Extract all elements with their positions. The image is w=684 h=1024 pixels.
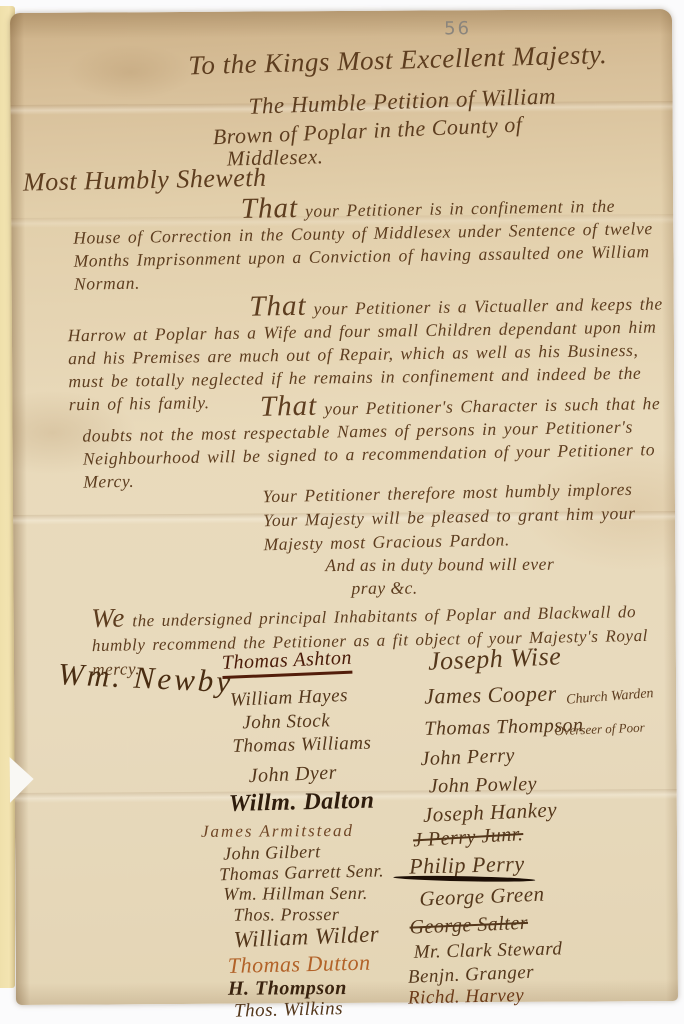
petition-page: 56 To the Kings Most Excellent Majesty. … (10, 9, 678, 1005)
signature: George Green (419, 882, 545, 912)
signature: William Wilder (233, 921, 380, 953)
paragraph-3-text: your Petitioner's Character is such that… (82, 393, 660, 492)
paragraph-2-lead: That (249, 290, 307, 323)
recommendation-lead: We (91, 602, 126, 633)
signature: H. Thompson (228, 977, 347, 1001)
signature: Thomas Dutton (228, 950, 371, 979)
paragraph-1: That your Petitioner is in confinement i… (73, 192, 660, 296)
paragraph-1-lead: That (241, 192, 299, 225)
signature: Thomas Garrett Senr. (219, 860, 384, 885)
page-number: 56 (444, 18, 471, 39)
scanned-document: 56 To the Kings Most Excellent Majesty. … (0, 0, 684, 1024)
paragraph-1-text: your Petitioner is in confinement in the… (73, 196, 653, 294)
signature: Willm. Dalton (229, 788, 375, 818)
closing-line-2: pray &c. (351, 578, 417, 599)
signature: William Hayes (230, 685, 349, 712)
closing-line-1: And as in duty bound will ever (325, 554, 554, 576)
signature: Thomas Ashton (221, 647, 352, 679)
signature: Thos. Prosser (233, 904, 339, 926)
salutation: Most Humbly Sheweth (23, 163, 267, 198)
signature: John Stock (242, 710, 330, 734)
signature: John Gilbert (223, 841, 321, 864)
signature: Mr. Clark Steward (413, 938, 562, 963)
signature: Wm. Hillman Senr. (223, 883, 368, 905)
signature-note: Church Warden (566, 686, 654, 709)
signature: Richd. Harvey (408, 985, 525, 1010)
signature: John Dyer (248, 762, 337, 789)
signature: Thomas Williams (232, 733, 371, 758)
signature: John Powley (428, 773, 537, 799)
signature: Joseph Wise (427, 641, 561, 676)
signature: George Salter (409, 912, 528, 940)
signature: John Perry (420, 744, 515, 771)
signature: Thos. Wilkins (234, 998, 343, 1023)
signature: James Cooper (424, 681, 557, 710)
signature-note: Overseer of Poor (554, 720, 645, 740)
paragraph-3-lead: That (260, 390, 318, 423)
prayer: Your Petitioner therefore most humbly im… (262, 476, 655, 556)
signature: James Armitstead (201, 821, 354, 842)
signature: Wm. Newby (57, 656, 234, 700)
signature: Joseph Hankey (422, 797, 557, 827)
address-line: To the Kings Most Excellent Majesty. (188, 39, 608, 81)
